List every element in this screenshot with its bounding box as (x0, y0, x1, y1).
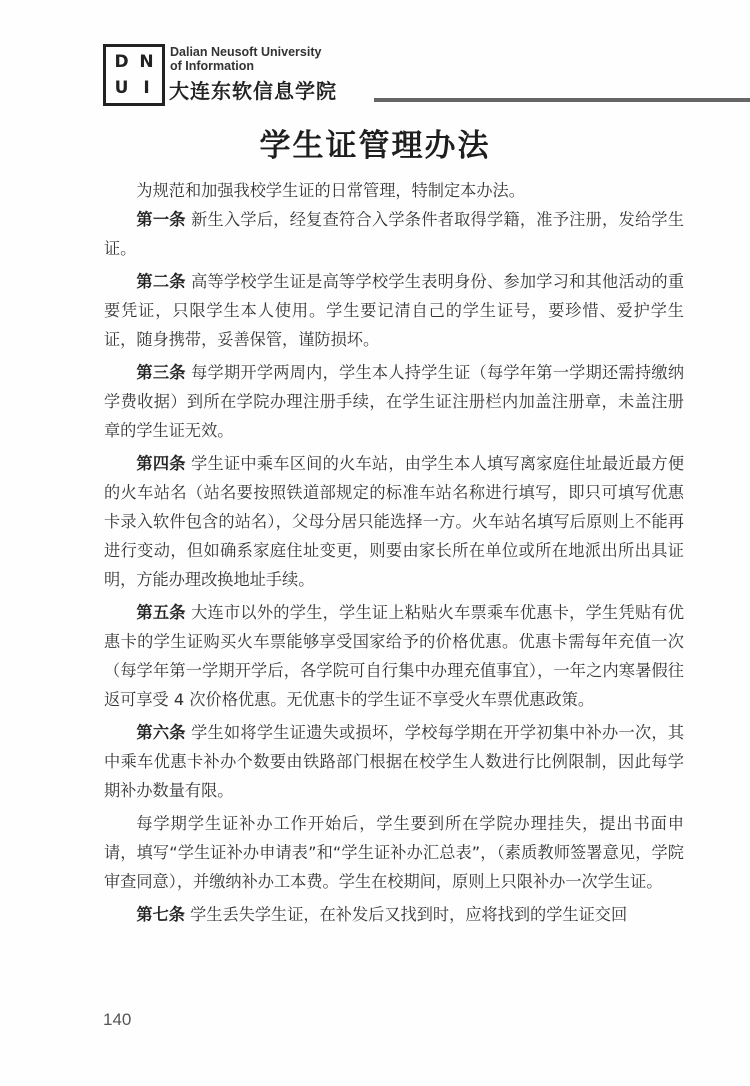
article-6-continued: 每学期学生证补办工作开始后，学生要到所在学院办理挂失，提出书面申请，填写“学生证… (104, 809, 684, 896)
article-text: 每学期学生证补办工作开始后，学生要到所在学院办理挂失，提出书面申请，填写“学生证… (104, 814, 684, 891)
institution-name-en: Dalian Neusoft University of Information (170, 45, 321, 73)
article-label: 第一条 (136, 210, 185, 229)
article-6: 第六条 学生如将学生证遗失或损坏，学校每学期在开学初集中补办一次，其中乘车优惠卡… (104, 718, 684, 805)
document-title: 学生证管理办法 (0, 126, 750, 166)
document-body: 为规范和加强我校学生证的日常管理，特制定本办法。 第一条 新生入学后，经复查符合… (104, 176, 684, 929)
article-label: 第七条 (136, 905, 185, 924)
article-7: 第七条 学生丢失学生证，在补发后又找到时，应将找到的学生证交回 (104, 900, 684, 929)
logo-letter-i: I (143, 80, 149, 97)
logo-letter-u: U (115, 80, 129, 97)
article-text: 新生入学后，经复查符合入学条件者取得学籍，准予注册，发给学生证。 (104, 210, 684, 258)
article-label: 第三条 (136, 363, 185, 382)
article-text: 学生证中乘车区间的火车站，由学生本人填写离家庭住址最近最方便的火车站名（站名要按… (104, 454, 684, 589)
article-2: 第二条 高等学校学生证是高等学校学生表明身份、参加学习和其他活动的重要凭证，只限… (104, 267, 684, 354)
article-text: 高等学校学生证是高等学校学生表明身份、参加学习和其他活动的重要凭证，只限学生本人… (104, 272, 684, 349)
article-5: 第五条 大连市以外的学生，学生证上粘贴火车票乘车优惠卡，学生凭贴有优惠卡的学生证… (104, 598, 684, 714)
article-1: 第一条 新生入学后，经复查符合入学条件者取得学籍，准予注册，发给学生证。 (104, 205, 684, 263)
article-label: 第五条 (136, 603, 185, 622)
logo-letter-d: D (114, 54, 128, 71)
header-divider (374, 98, 750, 102)
article-text: 学生如将学生证遗失或损坏，学校每学期在开学初集中补办一次，其中乘车优惠卡补办个数… (104, 723, 684, 800)
university-logo: D N U I (103, 44, 165, 106)
page-number: 140 (103, 1010, 131, 1030)
article-text: 大连市以外的学生，学生证上粘贴火车票乘车优惠卡，学生凭贴有优惠卡的学生证购买火车… (104, 603, 684, 709)
article-4: 第四条 学生证中乘车区间的火车站，由学生本人填写离家庭住址最近最方便的火车站名（… (104, 449, 684, 594)
institution-name-cn: 大连东软信息学院 (169, 78, 337, 104)
article-text: 学生丢失学生证，在补发后又找到时，应将找到的学生证交回 (185, 905, 627, 924)
article-label: 第四条 (136, 454, 185, 473)
institution-name-en-line2: of Information (170, 59, 321, 73)
logo-letter-n: N (139, 54, 153, 71)
institution-name-en-line1: Dalian Neusoft University (170, 45, 321, 59)
article-label: 第二条 (136, 272, 185, 291)
article-label: 第六条 (136, 723, 185, 742)
article-text: 每学期开学两周内，学生本人持学生证（每学年第一学期还需持缴纳学费收据）到所在学院… (104, 363, 684, 440)
article-3: 第三条 每学期开学两周内，学生本人持学生证（每学年第一学期还需持缴纳学费收据）到… (104, 358, 684, 445)
intro-paragraph: 为规范和加强我校学生证的日常管理，特制定本办法。 (104, 176, 684, 205)
